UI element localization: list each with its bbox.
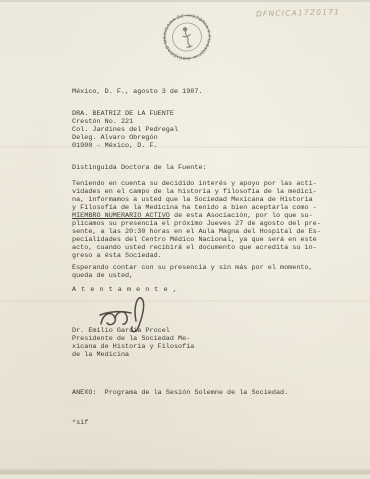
text-line: xicana de Historia y Filosofía xyxy=(72,343,194,351)
text-line: pecialidades del Centro Médico Nacional,… xyxy=(72,236,321,244)
pencil-archive-notation: DFNCICA17Z0171 xyxy=(256,7,366,19)
seal-center-figure xyxy=(181,26,194,49)
body-paragraph-1: Teniendo en cuenta su decidido interés y… xyxy=(72,180,321,260)
text-line: plicamos su presencia el próximo Jueves … xyxy=(72,220,321,228)
scan-bottom-shadow xyxy=(0,468,370,475)
text-line: Teniendo en cuenta su decidido interés y… xyxy=(72,180,321,188)
typist-initials: *sif xyxy=(72,419,88,427)
text-line: Col. Jardines del Pedregal xyxy=(72,126,178,134)
dateline: México, D. F., agosto 3 de 1987. xyxy=(72,88,203,96)
recipient-address-block: DRA. BEATRIZ DE LA FUENTECrestón No. 221… xyxy=(72,110,178,150)
text-line: acto, cuando usted recibirá el documento… xyxy=(72,244,321,252)
scan-top-edge xyxy=(0,0,370,2)
signature-name-block: Dr. Emilio García ProcelPresidente de la… xyxy=(72,327,194,359)
text-line: greso a ésta Sociedad. xyxy=(72,252,321,260)
text-line: Deleg. Alvaro Obregón xyxy=(72,134,178,142)
paper-crease xyxy=(0,300,370,302)
text-line: de la Medicina xyxy=(72,351,194,359)
text-line: Presidente de la Sociedad Me- xyxy=(72,335,194,343)
text-line: Crestón No. 221 xyxy=(72,118,178,126)
text-line: sente, a las 20:30 horas en el Aula Magn… xyxy=(72,228,321,236)
text-line: 01900 - México, D. F. xyxy=(72,142,178,150)
text-line: y Filosofía de la Medicina ha tenido a b… xyxy=(72,204,321,212)
paper-crease xyxy=(0,146,370,148)
salutation: Distinguida Doctora de la Fuente: xyxy=(72,164,207,172)
text-line: MIEMBRO NUMERARIO ACTIVO de esta Asociac… xyxy=(72,212,321,220)
text-line: Esperando contar con su presencia y sin … xyxy=(72,264,313,272)
text-line: queda de usted, xyxy=(72,272,313,280)
text-line: Dr. Emilio García Procel xyxy=(72,327,194,335)
scanned-letter-page: DFNCICA17Z0171 SOCIEDAD MEXICANA DE HIST… xyxy=(0,0,370,479)
anexo-line: ANEXO: Programa de la Sesión Solemne de … xyxy=(72,389,288,397)
body-paragraph-2: Esperando contar con su presencia y sin … xyxy=(72,264,313,280)
scan-bottom-edge xyxy=(0,475,370,479)
text-line: DRA. BEATRIZ DE LA FUENTE xyxy=(72,110,178,118)
text-line: na, informamos a usted que la Sociedad M… xyxy=(72,196,321,204)
text-line: vidades en el campo de la historia y fil… xyxy=(72,188,321,196)
society-seal-stamp: SOCIEDAD MEXICANA DE HISTORIA Y FILOSOFI… xyxy=(155,5,220,69)
